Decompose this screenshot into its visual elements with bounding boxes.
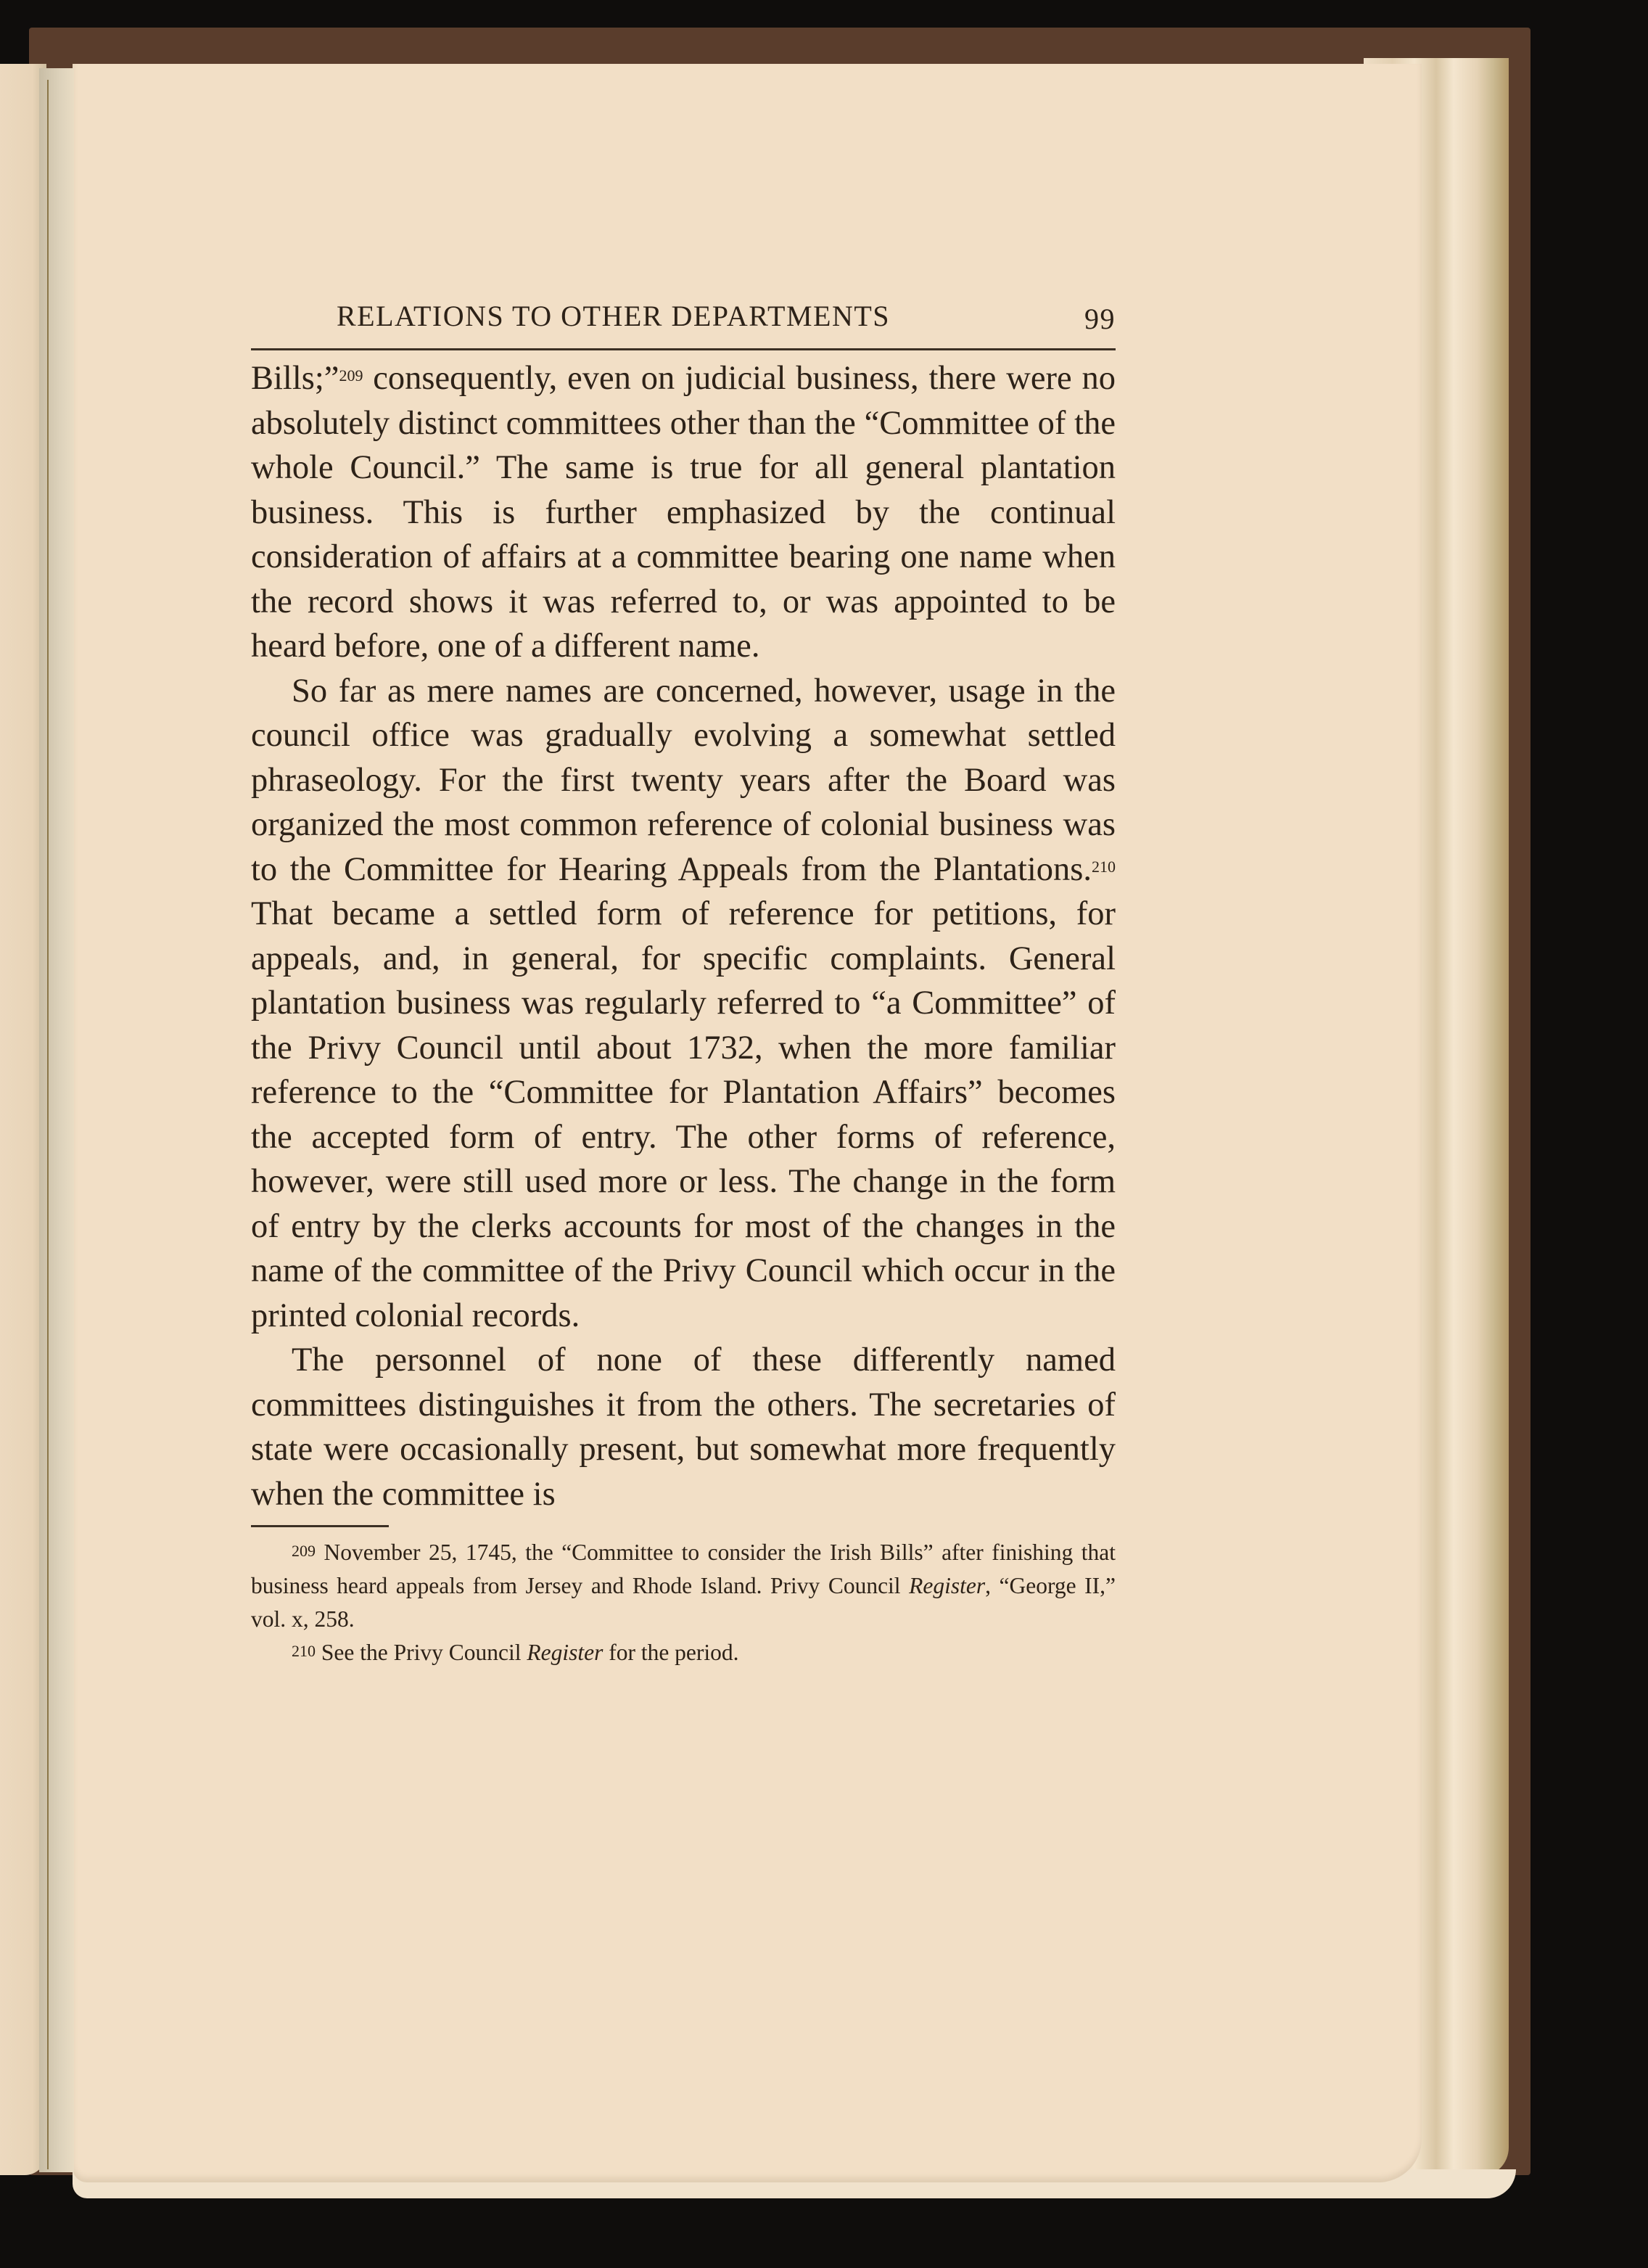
gutter-shadow	[39, 68, 74, 2172]
text-block: RELATIONS TO OTHER DEPARTMENTS 99 Bills;…	[251, 299, 1116, 1669]
paragraph-3: The personnel of none of these different…	[251, 1338, 1116, 1516]
footnotes: 209 November 25, 1745, the “Committee to…	[251, 1536, 1116, 1669]
body-text: Bills;”209 consequently, even on judicia…	[251, 356, 1116, 1516]
running-head: RELATIONS TO OTHER DEPARTMENTS 99	[251, 299, 1116, 344]
header-rule	[251, 348, 1116, 350]
paragraph-2: So far as mere names are concerned, howe…	[251, 669, 1116, 1339]
footnote-rule	[251, 1525, 389, 1527]
running-head-title: RELATIONS TO OTHER DEPARTMENTS	[337, 299, 890, 333]
gutter-line	[47, 80, 49, 2169]
footnote-ref-210: 210	[1092, 858, 1116, 876]
footnote-209: 209 November 25, 1745, the “Committee to…	[251, 1536, 1116, 1636]
page-number: 99	[1084, 302, 1116, 336]
paragraph-1: Bills;”209 consequently, even on judicia…	[251, 356, 1116, 669]
footnote-ref-209: 209	[339, 366, 363, 385]
footnote-210: 210 See the Privy Council Register for t…	[251, 1636, 1116, 1669]
